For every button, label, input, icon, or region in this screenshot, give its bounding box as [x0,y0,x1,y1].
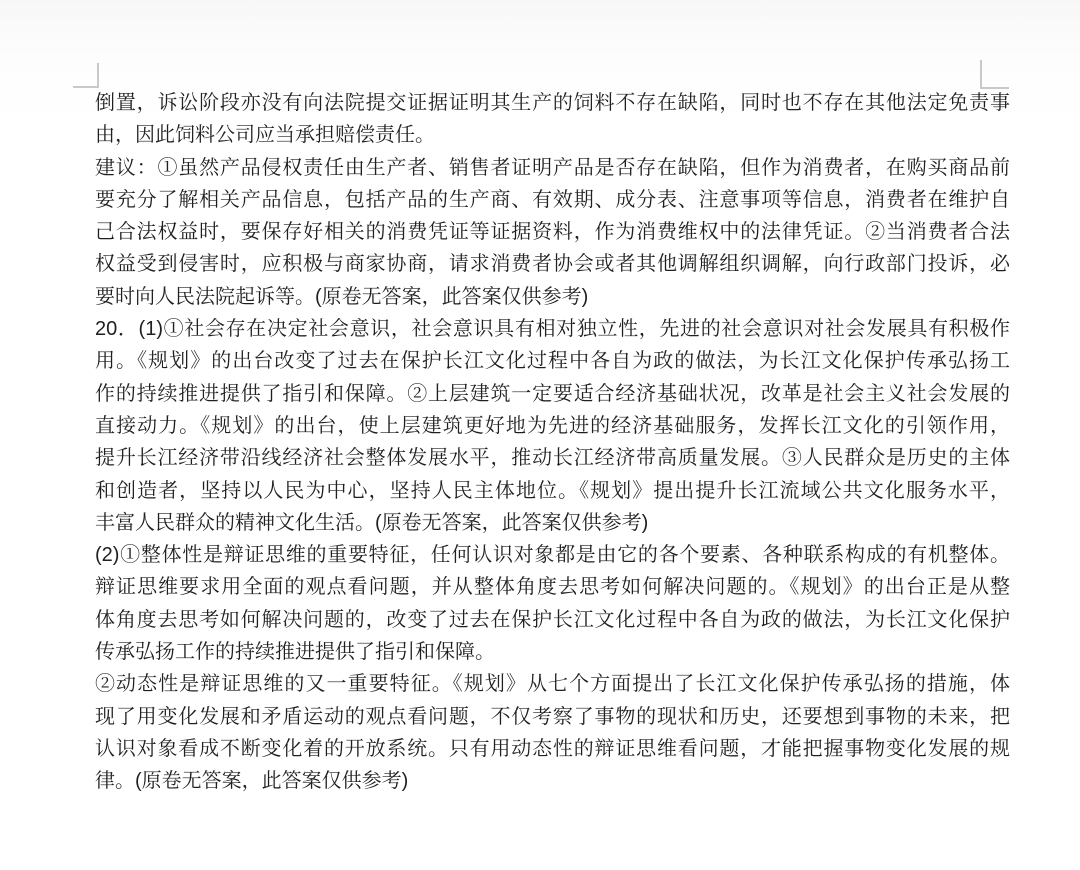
text-line: 权益受到侵害时，应积极与商家协商，请求消费者协会或者其他调解组织调解，向行政部门… [95,248,1010,280]
text-line: 由，因此饲料公司应当承担赔偿责任。 [95,119,1010,151]
text-line: 和创造者，坚持以人民为中心，坚持人民主体地位。《规划》提出提升长江流域公共文化服… [95,475,1010,507]
document-page: 倒置，诉讼阶段亦没有向法院提交证据证明其生产的饲料不存在缺陷，同时也不存在其他法… [0,0,1080,870]
text-line: 建议：①虽然产品侵权责任由生产者、销售者证明产品是否存在缺陷，但作为消费者，在购… [95,152,1010,184]
text-line: 20．(1)①社会存在决定社会意识，社会意识具有相对独立性，先进的社会意识对社会… [95,313,1010,345]
text-line: 作的持续推进提供了指引和保障。②上层建筑一定要适合经济基础状况，改革是社会主义社… [95,378,1010,410]
text-line: 体角度去思考如何解决问题的，改变了过去在保护长江文化过程中各自为政的做法，为长江… [95,604,1010,636]
text-line: 辩证思维要求用全面的观点看问题，并从整体角度去思考如何解决问题的。《规划》的出台… [95,571,1010,603]
text-line: 律。(原卷无答案，此答案仅供参考) [95,765,1010,797]
text-line: 现了用变化发展和矛盾运动的观点看问题，不仅考察了事物的现状和历史，还要想到事物的… [95,701,1010,733]
text-line: 提升长江经济带沿线经济社会整体发展水平，推动长江经济带高质量发展。③人民群众是历… [95,442,1010,474]
text-boundary-mark-top-right-icon [980,60,1009,89]
text-line: (2)①整体性是辩证思维的重要特征，任何认识对象都是由它的各个要素、各种联系构成… [95,539,1010,571]
text-line: 认识对象看成不断变化着的开放系统。只有用动态性的辩证思维看问题，才能把握事物变化… [95,733,1010,765]
text-line: 倒置，诉讼阶段亦没有向法院提交证据证明其生产的饲料不存在缺陷，同时也不存在其他法… [95,87,1010,119]
text-line: 己合法权益时，要保存好相关的消费凭证等证据资料，作为消费维权中的法律凭证。②当消… [95,216,1010,248]
text-line: 用。《规划》的出台改变了过去在保护长江文化过程中各自为政的做法，为长江文化保护传… [95,345,1010,377]
text-line: 直接动力。《规划》的出台，使上层建筑更好地为先进的经济基础服务，发挥长江文化的引… [95,410,1010,442]
text-boundary-mark-top-left-icon [73,63,99,88]
text-line: 传承弘扬工作的持续推进提供了指引和保障。 [95,636,1010,668]
text-line: 丰富人民群众的精神文化生活。(原卷无答案，此答案仅供参考) [95,507,1010,539]
document-text: 倒置，诉讼阶段亦没有向法院提交证据证明其生产的饲料不存在缺陷，同时也不存在其他法… [95,87,1010,798]
text-line: ②动态性是辩证思维的又一重要特征。《规划》从七个方面提出了长江文化保护传承弘扬的… [95,668,1010,700]
text-line: 要时向人民法院起诉等。(原卷无答案，此答案仅供参考) [95,281,1010,313]
text-line: 要充分了解相关产品信息，包括产品的生产商、有效期、成分表、注意事项等信息，消费者… [95,184,1010,216]
